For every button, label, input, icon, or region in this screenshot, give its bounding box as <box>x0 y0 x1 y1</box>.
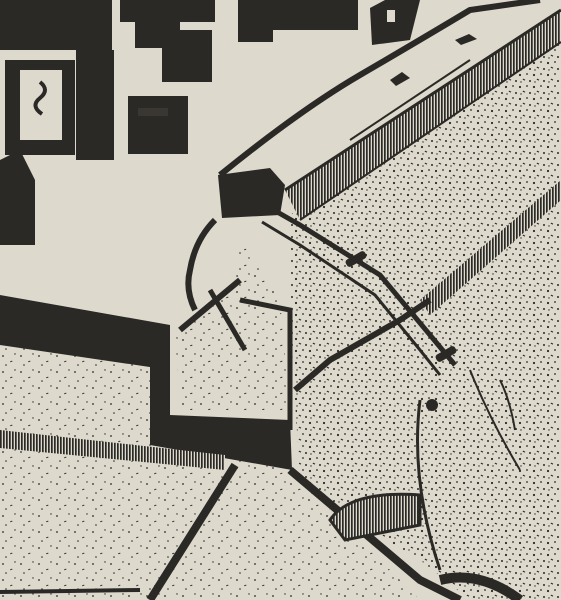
engraved-map <box>0 0 561 600</box>
